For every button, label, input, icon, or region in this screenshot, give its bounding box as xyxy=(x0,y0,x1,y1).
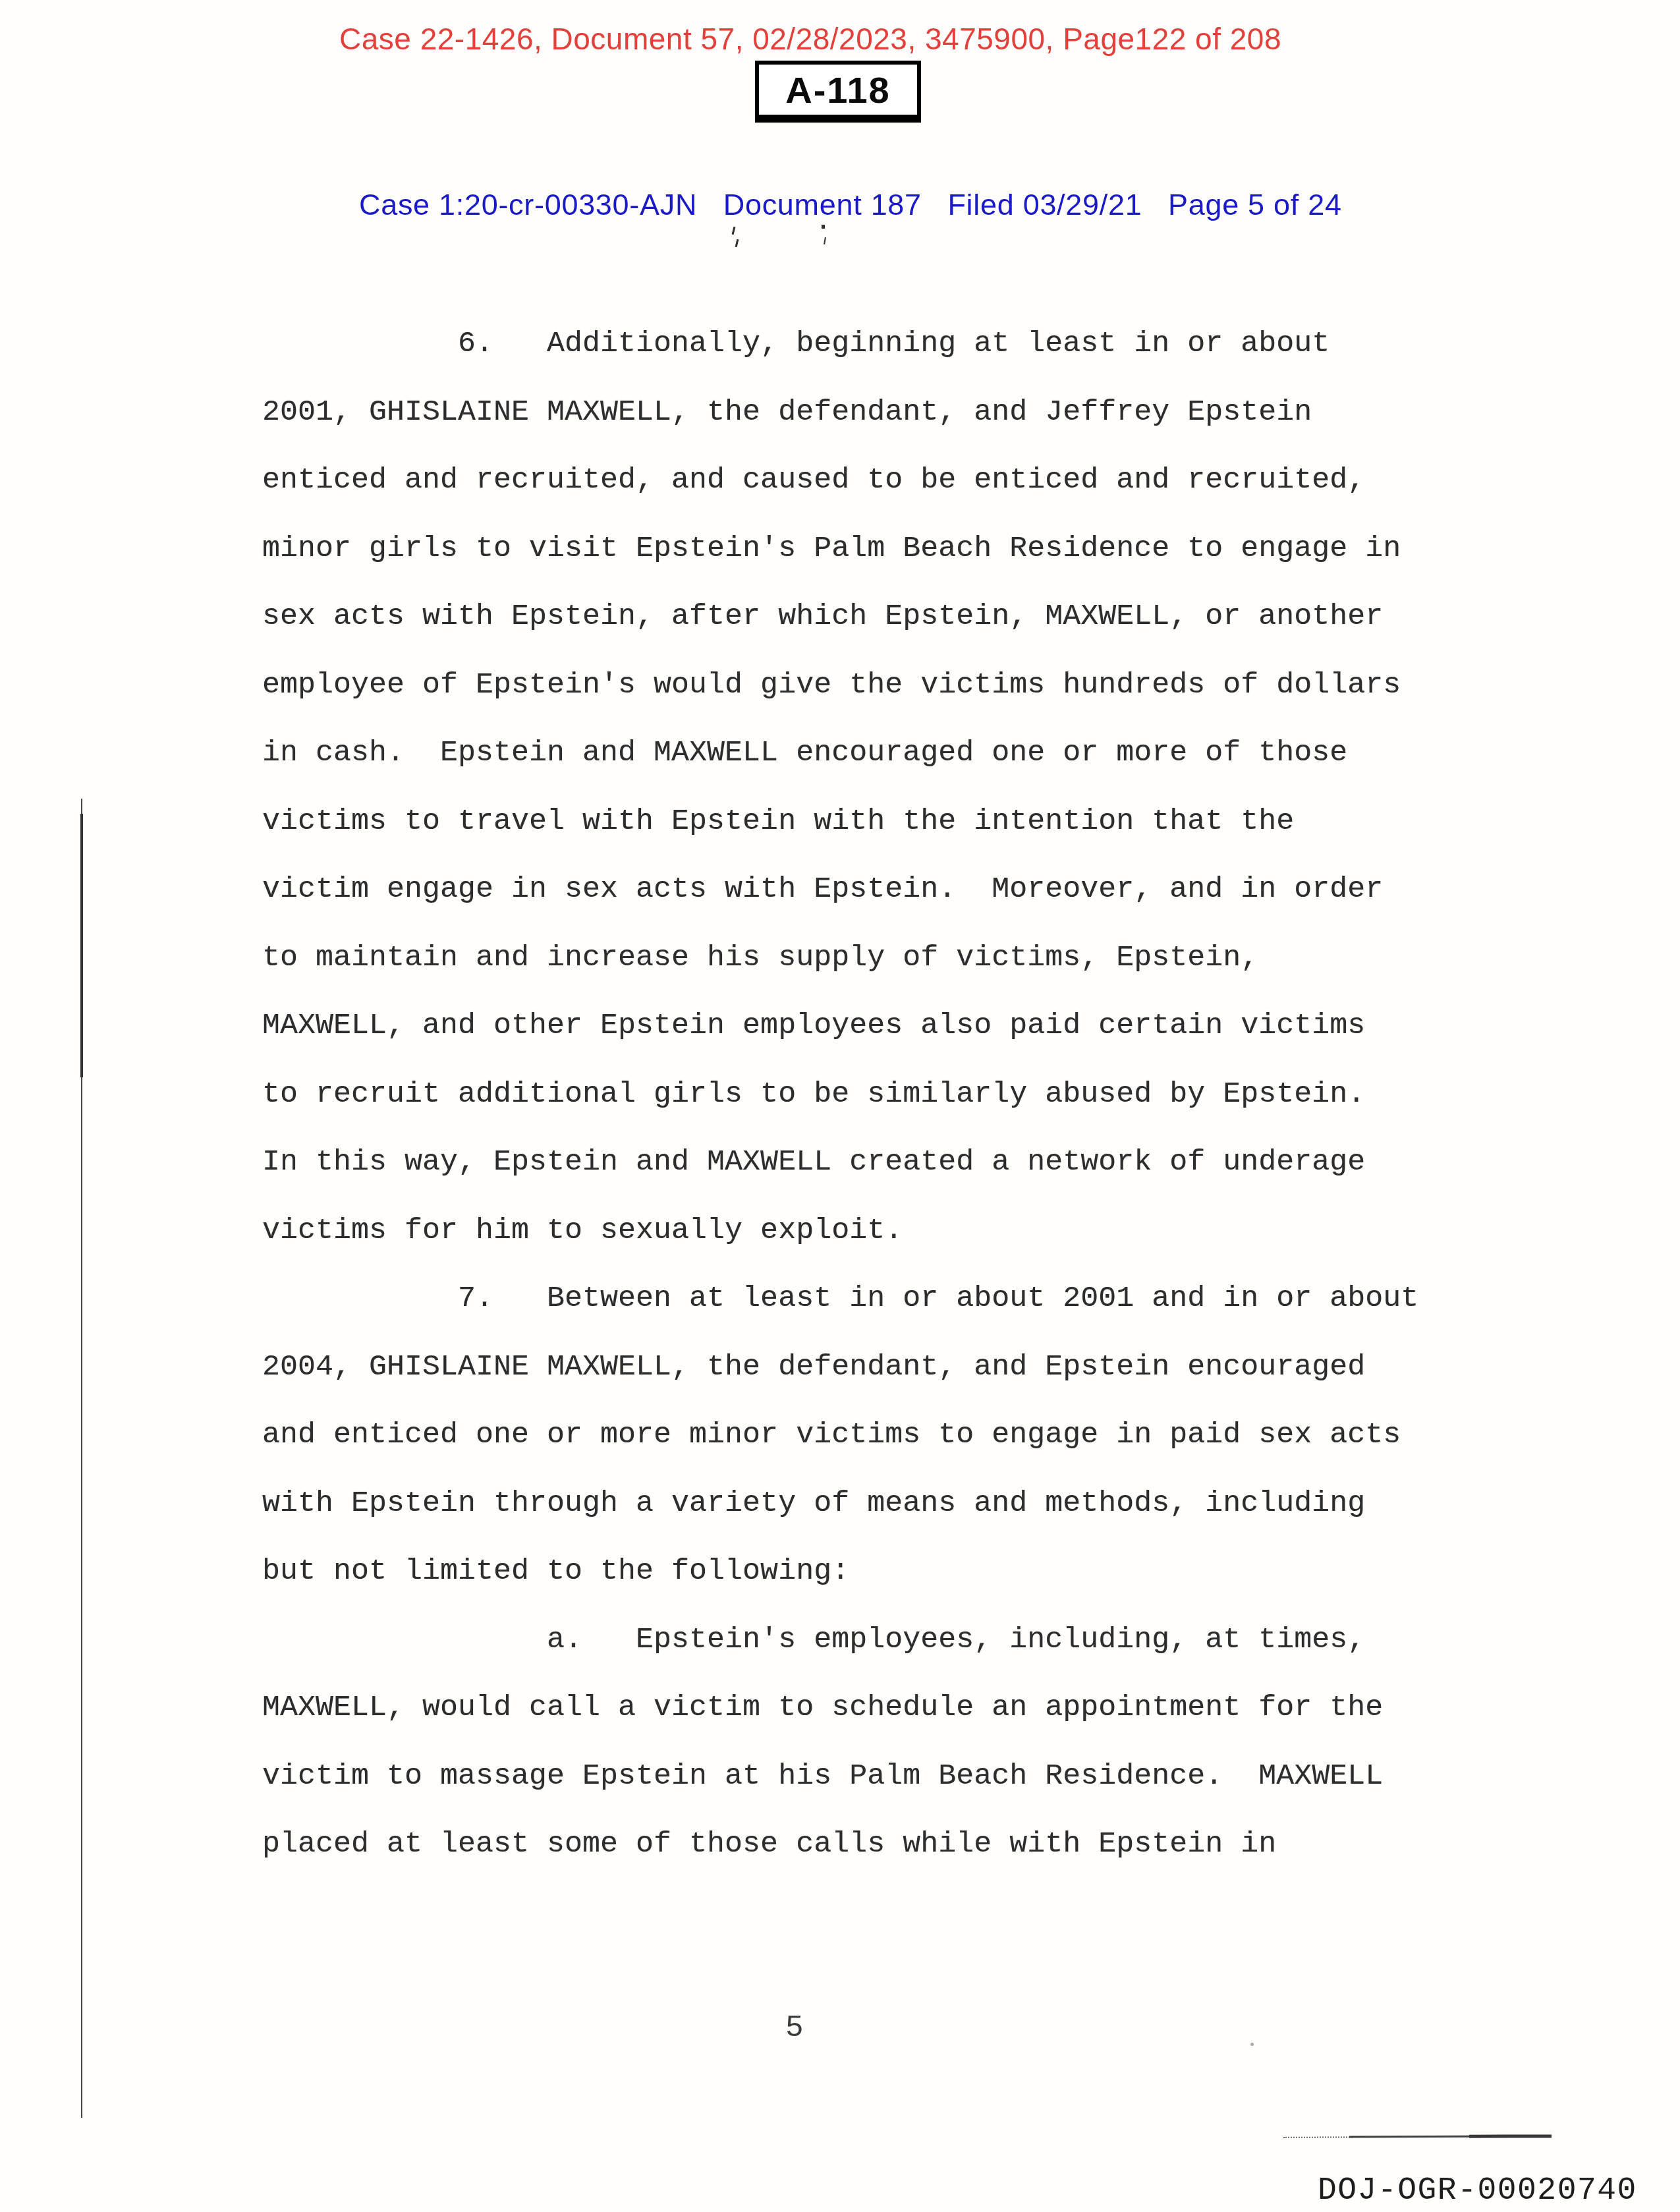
district-court-caption: Case 1:20-cr-00330-AJN Document 187 File… xyxy=(359,188,1342,221)
body-line: victims for him to sexually exploit. xyxy=(262,1197,1418,1265)
body-line: minor girls to visit Epstein's Palm Beac… xyxy=(262,515,1418,583)
body-line: to maintain and increase his supply of v… xyxy=(262,924,1418,992)
body-line: victim engage in sex acts with Epstein. … xyxy=(262,855,1418,924)
scan-tick-artifact xyxy=(822,225,825,229)
body-line: a. Epstein's employees, including, at ti… xyxy=(262,1606,1418,1674)
body-line: sex acts with Epstein, after which Epste… xyxy=(262,582,1418,651)
body-text: 6. Additionally, beginning at least in o… xyxy=(262,310,1418,1879)
body-line: victim to massage Epstein at his Palm Be… xyxy=(262,1742,1418,1811)
appeals-court-stamp: Case 22-1426, Document 57, 02/28/2023, 3… xyxy=(339,22,1281,55)
body-line: In this way, Epstein and MAXWELL created… xyxy=(262,1128,1418,1197)
body-line: placed at least some of those calls whil… xyxy=(262,1810,1418,1879)
body-line: but not limited to the following: xyxy=(262,1537,1418,1606)
footer-rule-solid-segment xyxy=(1469,2134,1552,2138)
scan-speck-artifact xyxy=(1250,2043,1254,2046)
body-line: MAXWELL, would call a victim to schedule… xyxy=(262,1674,1418,1742)
body-line: in cash. Epstein and MAXWELL encouraged … xyxy=(262,719,1418,787)
exhibit-stamp-label: A-118 xyxy=(785,69,890,111)
body-line: 7. Between at least in or about 2001 and… xyxy=(262,1264,1418,1333)
body-line: enticed and recruited, and caused to be … xyxy=(262,446,1418,515)
footer-rule-solid-segment xyxy=(1349,2136,1471,2138)
scan-tick-artifact xyxy=(732,227,736,235)
footer-rule-artifact xyxy=(1283,2134,1586,2141)
body-line: 2001, GHISLAINE MAXWELL, the defendant, … xyxy=(262,378,1418,447)
body-line: 6. Additionally, beginning at least in o… xyxy=(262,310,1418,378)
body-line: with Epstein through a variety of means … xyxy=(262,1469,1418,1538)
scan-tick-artifact xyxy=(824,237,826,244)
bates-number: DOJ-OGR-00020740 xyxy=(1318,2173,1637,2209)
exhibit-stamp-box: A-118 xyxy=(755,61,921,123)
footer-rule-dotted-segment xyxy=(1283,2136,1353,2138)
scan-tick-artifact xyxy=(735,239,739,247)
body-line: to recruit additional girls to be simila… xyxy=(262,1060,1418,1129)
body-line: MAXWELL, and other Epstein employees als… xyxy=(262,992,1418,1060)
body-line: and enticed one or more minor victims to… xyxy=(262,1401,1418,1469)
body-line: 2004, GHISLAINE MAXWELL, the defendant, … xyxy=(262,1333,1418,1402)
body-line: employee of Epstein's would give the vic… xyxy=(262,651,1418,720)
document-page: Case 22-1426, Document 57, 02/28/2023, 3… xyxy=(0,0,1680,2212)
page-number: 5 xyxy=(785,2011,804,2045)
margin-scan-line-artifact xyxy=(80,814,83,1077)
body-line: victims to travel with Epstein with the … xyxy=(262,787,1418,856)
